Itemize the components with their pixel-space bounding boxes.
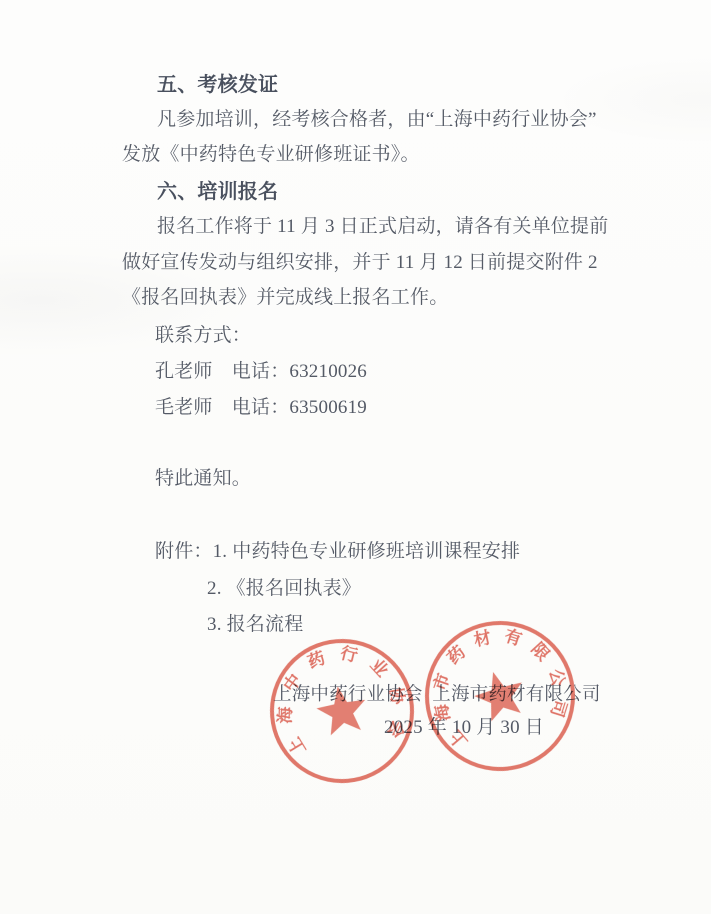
section5-line1: 凡参加培训，经考核合格者，由“上海中药行业协会” [157,104,597,131]
star-icon [469,665,529,724]
attachment-line3: 3. 报名流程 [207,609,303,636]
document-page: 五、考核发证 凡参加培训，经考核合格者，由“上海中药行业协会” 发放《中药特色专… [0,0,711,914]
section5-line2: 发放《中药特色专业研修班证书》。 [122,139,420,166]
contact-teacher1: 孔老师 电话：63210026 [155,356,367,383]
notice-close: 特此通知。 [155,463,251,490]
star-icon [313,682,370,737]
section6-line3: 《报名回执表》并完成线上报名工作。 [122,282,448,309]
attachment-line1: 附件：1. 中药特色专业研修班培训课程安排 [155,536,520,563]
section5-heading: 五、考核发证 [157,68,278,97]
attachment-line2: 2. 《报名回执表》 [207,573,361,600]
section6-heading: 六、培训报名 [157,175,278,204]
contact-label: 联系方式： [155,320,251,347]
section6-line2: 做好宣传发动与组织安排，并于 11 月 12 日前提交附件 2 [122,247,598,274]
contact-teacher2: 毛老师 电话：63500619 [155,392,367,419]
section6-line1: 报名工作将于 11 月 3 日正式启动，请各有关单位提前 [157,211,608,238]
